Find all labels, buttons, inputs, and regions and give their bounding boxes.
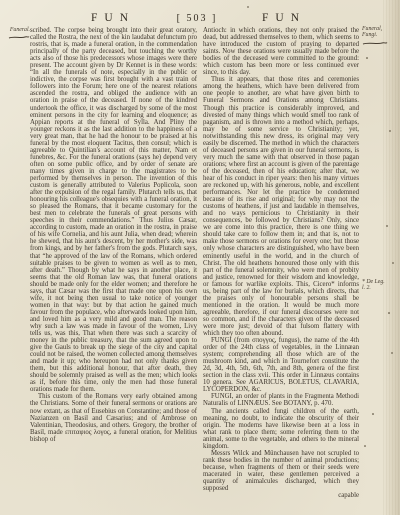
running-head-left: FUN xyxy=(91,12,135,24)
catchword: capable xyxy=(203,492,359,499)
paper-speck xyxy=(389,130,391,132)
swash-rule-icon xyxy=(8,34,30,40)
margin-note-citation: * De Leg. l. 2. xyxy=(362,279,398,292)
paper-speck xyxy=(388,312,390,314)
page-edge-shadow xyxy=(383,0,400,515)
text-column-right: Antioch: in which orations, they not onl… xyxy=(203,27,359,499)
paper-speck xyxy=(372,413,374,415)
paragraph: FUNGI, an order of plants in the Fragmen… xyxy=(203,393,359,407)
swash-rule-icon xyxy=(362,40,388,46)
margin-note-funeral-fungi: Funeral, Fungi. xyxy=(362,26,398,46)
book-page: FUN [ 503 ] FUN Funeral. Funeral, Fungi.… xyxy=(0,0,400,515)
paper-speck xyxy=(247,6,249,8)
running-head-right: FUN xyxy=(262,12,306,24)
paper-speck xyxy=(364,445,366,447)
paragraph: This custom of the Romans very early obt… xyxy=(30,393,197,442)
paragraph: scribed. The corpse being brought into t… xyxy=(30,27,197,393)
paragraph: Antioch: in which orations, they not onl… xyxy=(203,27,359,76)
paragraph: The ancients called fungi children of th… xyxy=(203,408,359,450)
margin-note-funeral-text: Funeral. xyxy=(10,27,30,33)
margin-note-funeral-fungi-line2: Fungi. xyxy=(362,32,398,38)
page-number: [ 503 ] xyxy=(177,13,218,24)
paragraph: Thus it appears, that those rites and ce… xyxy=(203,76,359,337)
margin-note-funeral: Funeral. xyxy=(4,27,30,40)
paper-speck xyxy=(391,352,393,354)
paper-speck xyxy=(366,57,368,59)
paper-speck xyxy=(386,225,388,227)
paragraph: Messrs Wilck and Münchausen have not scr… xyxy=(203,450,359,492)
paragraph: FUNGI (from σπογγος, fungus), the name o… xyxy=(203,337,359,393)
text-column-left: scribed. The corpse being brought into t… xyxy=(30,27,197,443)
paper-speck xyxy=(392,262,394,264)
margin-note-citation-line2: l. 2. xyxy=(362,285,398,291)
